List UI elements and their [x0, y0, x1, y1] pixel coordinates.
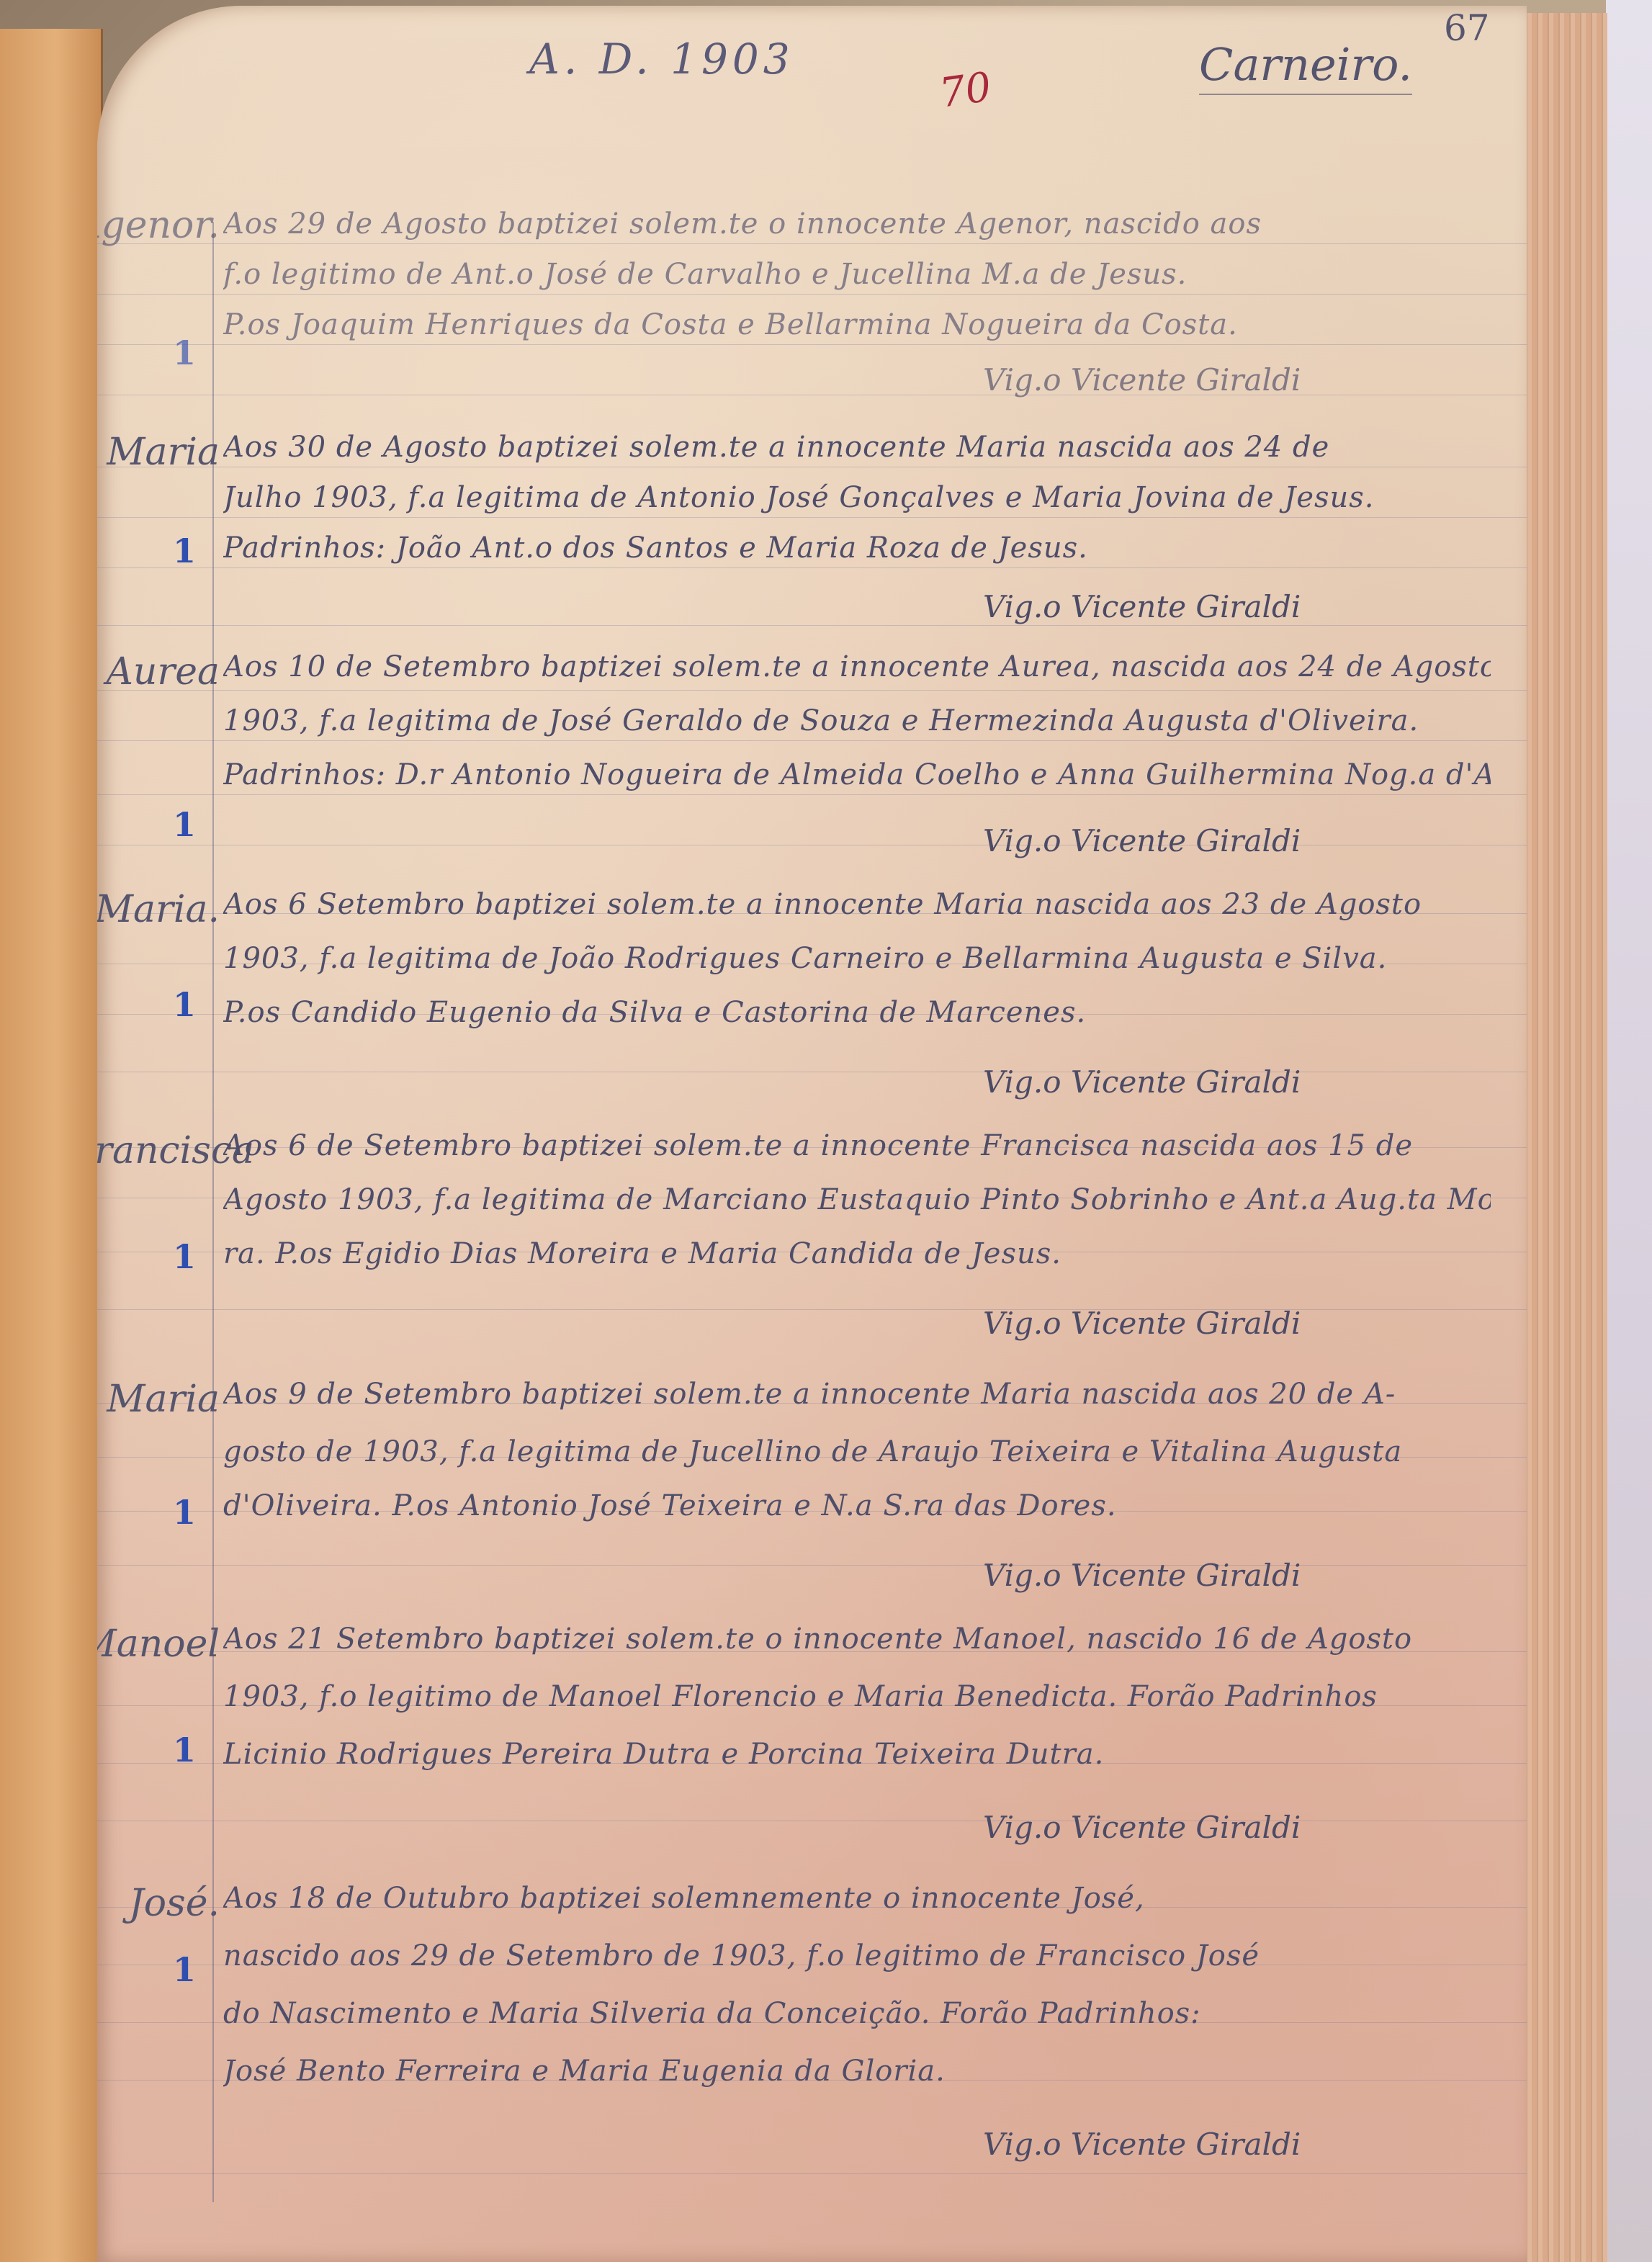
entry-line: gosto de 1903, f.a legitima de Jucellino… [223, 1435, 1491, 1468]
register-page: A. D. 1903 70 Carneiro. 67 Agenor. 1 Aos… [97, 6, 1527, 2262]
entry-line: Padrinhos: D.r Antonio Nogueira de Almei… [223, 758, 1491, 791]
priest-signature: Vig.o Vicente Giraldi [983, 1306, 1487, 1341]
priest-signature: Vig.o Vicente Giraldi [983, 823, 1487, 858]
entry-line: Licinio Rodrigues Pereira Dutra e Porcin… [223, 1738, 1491, 1771]
page-number: 67 [1444, 7, 1490, 49]
entry-line: P.os Candido Eugenio da Silva e Castorin… [223, 996, 1491, 1029]
tally-mark: 1 [173, 333, 196, 372]
page-header: A. D. 1903 70 Carneiro. 67 [97, 6, 1527, 171]
priest-signature: Vig.o Vicente Giraldi [983, 2127, 1487, 2162]
priest-signature: Vig.o Vicente Giraldi [983, 1810, 1487, 1845]
entry-line: 1903, f.a legitima de João Rodrigues Car… [223, 942, 1491, 975]
entry-line: Aos 9 de Setembro baptizei solem.te a in… [223, 1378, 1491, 1411]
tally-mark: 1 [173, 1950, 196, 1989]
entry-line: Agosto 1903, f.a legitima de Marciano Eu… [223, 1183, 1491, 1216]
entry-line: Aos 29 de Agosto baptizei solem.te o inn… [223, 207, 1491, 241]
entry-line: 1903, f.a legitima de José Geraldo de So… [223, 704, 1491, 737]
tally-mark: 1 [173, 805, 196, 844]
tally-mark: 1 [173, 1493, 196, 1532]
entry-line: 1903, f.o legitimo de Manoel Florencio e… [223, 1680, 1491, 1713]
entry-line: José Bento Ferreira e Maria Eugenia da G… [223, 2055, 1491, 2088]
entry-line: nascido aos 29 de Setembro de 1903, f.o … [223, 1939, 1491, 1972]
child-name: Maria [97, 1378, 220, 1421]
entry-line: Aos 6 de Setembro baptizei solem.te a in… [223, 1129, 1491, 1162]
entry-line: Aos 10 de Setembro baptizei solem.te a i… [223, 650, 1491, 683]
entry-line: ra. P.os Egidio Dias Moreira e Maria Can… [223, 1237, 1491, 1270]
year-heading: A. D. 1903 [529, 35, 794, 84]
entry-line: Aos 30 de Agosto baptizei solem.te a inn… [223, 431, 1491, 464]
entry-line: Padrinhos: João Ant.o dos Santos e Maria… [223, 531, 1491, 565]
entry-line: f.o legitimo de Ant.o José de Carvalho e… [223, 258, 1491, 291]
child-name: Maria [97, 431, 220, 474]
tally-mark: 1 [173, 1237, 196, 1276]
entry-line: Aos 21 Setembro baptizei solem.te o inno… [223, 1623, 1491, 1656]
entry-line: d'Oliveira. P.os Antonio José Teixeira e… [223, 1489, 1491, 1522]
child-name: Francisca [97, 1129, 220, 1172]
tally-mark: 1 [173, 531, 196, 570]
priest-signature: Vig.o Vicente Giraldi [983, 589, 1487, 624]
priest-signature: Vig.o Vicente Giraldi [983, 1558, 1487, 1593]
priest-signature: Vig.o Vicente Giraldi [983, 1064, 1487, 1100]
red-folio-number: 70 [937, 63, 995, 117]
entry-line: Aos 6 Setembro baptizei solem.te a innoc… [223, 888, 1491, 921]
page-title: Carneiro. [1199, 38, 1412, 95]
priest-signature: Vig.o Vicente Giraldi [983, 362, 1487, 398]
previous-page-edge [0, 29, 103, 2262]
backdrop [1606, 0, 1652, 2262]
page-stack-edge [1519, 13, 1607, 2262]
tally-mark: 1 [173, 1731, 196, 1769]
entry-line: do Nascimento e Maria Silveria da Concei… [223, 1997, 1491, 2030]
entry-line: Julho 1903, f.a legitima de Antonio José… [223, 481, 1491, 514]
child-name: Maria. [97, 888, 220, 931]
entry-line: Aos 18 de Outubro baptizei solemnemente … [223, 1882, 1491, 1915]
child-name: José. [97, 1882, 220, 1925]
tally-mark: 1 [173, 985, 196, 1024]
child-name: Aurea [97, 650, 220, 694]
child-name: Manoel [97, 1623, 220, 1666]
child-name: Agenor. [97, 204, 220, 247]
entry-line: P.os Joaquim Henriques da Costa e Bellar… [223, 308, 1491, 341]
